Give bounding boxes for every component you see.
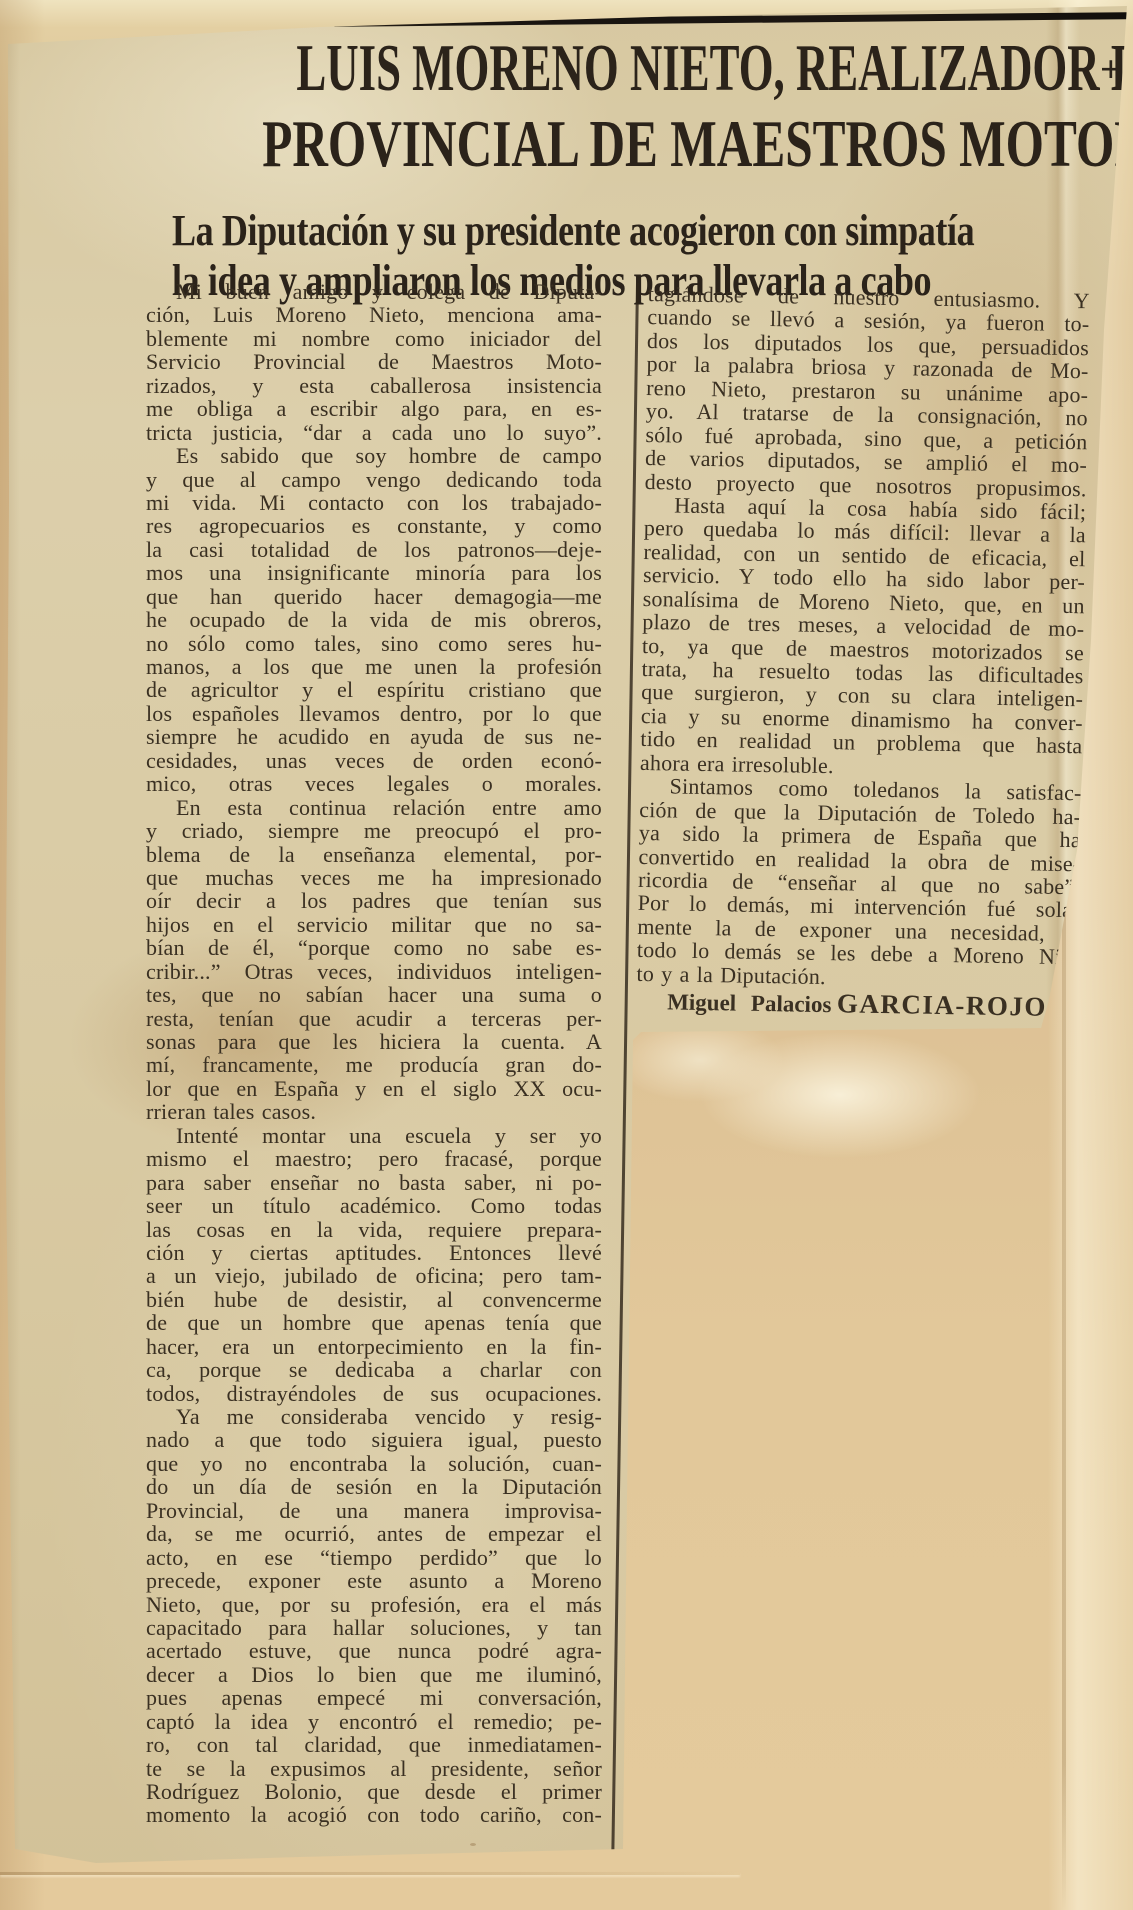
- text-line: para saber enseñar no basta saber, ni po…: [146, 1171, 602, 1194]
- text-line: me obliga a escribir algo para, en es-: [146, 397, 602, 420]
- right-column-paragraphs: tagiándose de nuestro entusiasmo. Ycuand…: [636, 282, 1090, 992]
- text-line: y criado, siempre me preocupó el pro-: [146, 819, 602, 842]
- text-line: Servicio Provincial de Maestros Moto-: [146, 350, 602, 373]
- ink-speck: [470, 1843, 476, 1846]
- text-line: Es sabido que soy hombre de campo: [146, 444, 602, 467]
- paragraph: Sintamos como toledanos la satisfac-ción…: [636, 774, 1081, 992]
- subheadline-line1: La Diputación y su presidente acogieron …: [172, 206, 974, 256]
- text-line: bían de él, “porque como no sabe es-: [146, 936, 602, 959]
- text-line: momento la acogió con todo cariño, con-: [146, 1803, 602, 1826]
- text-line: cesidades, unas veces de orden econó-: [146, 749, 602, 772]
- paragraph: Ya me consideraba vencido y resig-nado a…: [146, 1405, 602, 1827]
- text-line: te se la expusimos al presidente, señor: [146, 1757, 602, 1780]
- text-line: da, se me ocurrió, antes de empezar el: [146, 1522, 602, 1545]
- text-line: mí, francamente, me producía gran do-: [146, 1053, 602, 1076]
- text-line: que yo no encontraba la solución, cuan-: [146, 1452, 602, 1475]
- text-line: tricta justicia, “dar a cada uno lo suyo…: [146, 421, 602, 444]
- text-line: bién hube de desistir, al convencerme: [146, 1288, 602, 1311]
- text-line: mos una insignificante minoría para los: [146, 561, 602, 584]
- text-line: no sólo como tales, sino como seres hu-: [146, 632, 602, 655]
- text-line: sonas para que les hiciera la cuenta. A: [146, 1030, 602, 1053]
- text-line: que han querido hacer demagogia—me: [146, 585, 602, 608]
- paragraph: En esta continua relación entre amoy cri…: [146, 796, 602, 1124]
- text-line: Ya me consideraba vencido y resig-: [146, 1405, 602, 1428]
- paragraph: Es sabido que soy hombre de campoy que a…: [146, 444, 602, 796]
- text-line: capacitado para hallar soluciones, y tan: [146, 1616, 602, 1639]
- text-line: todos, distrayéndoles de sus ocupaciones…: [146, 1382, 602, 1405]
- text-line: blemente mi nombre como iniciador del: [146, 327, 602, 350]
- text-line: decer a Dios lo bien que me iluminó,: [146, 1663, 602, 1686]
- text-line: los españoles llevamos dentro, por lo qu…: [146, 702, 602, 725]
- right-column: tagiándose de nuestro entusiasmo. Ycuand…: [636, 282, 1090, 1021]
- paragraph: Intenté montar una escuela y ser yomismo…: [146, 1124, 602, 1405]
- text-line: do un día de sesión en la Diputación: [146, 1475, 602, 1498]
- text-line: tes, que no sabían hacer una suma o: [146, 983, 602, 1006]
- text-line: hacer, era un entorpecimiento en la fin-: [146, 1335, 602, 1358]
- text-line: mismo el maestro; pero fracasé, porque: [146, 1147, 602, 1170]
- text-line: las cosas en la vida, requiere prepara-: [146, 1218, 602, 1241]
- headline-line1: LUIS MORENO NIETO, REALIZADOR DEL SERVIC…: [296, 30, 979, 106]
- text-line: Mi buen amigo y colega de Diputa-: [146, 280, 602, 303]
- text-line: mico, otras veces legales o morales.: [146, 772, 602, 795]
- scanned-page: + LUIS MORENO NIETO, REALIZADOR DEL SERV…: [0, 0, 1133, 1910]
- text-line: ción y ciertas aptitudes. Entonces llevé: [146, 1241, 602, 1264]
- headline: LUIS MORENO NIETO, REALIZADOR DEL SERVIC…: [150, 30, 1126, 178]
- byline-surname: GARCIA-ROJO: [837, 988, 1047, 1021]
- text-line: seer un título académico. Como todas: [146, 1194, 602, 1217]
- text-line: ro, con tal claridad, que inmediatamen-: [146, 1733, 602, 1756]
- paragraph: tagiándose de nuestro entusiasmo. Ycuand…: [645, 282, 1090, 500]
- text-line: la casi totalidad de los patronos—deje-: [146, 538, 602, 561]
- text-line: rrieran tales casos.: [146, 1100, 602, 1123]
- text-line: rizados, y esta caballerosa insistencia: [146, 374, 602, 397]
- text-line: hijos en el servicio militar que no sa-: [146, 913, 602, 936]
- paragraph: Hasta aquí la cosa había sido fácil;pero…: [640, 493, 1087, 782]
- text-line: manos, a los que me unen la profesión: [146, 655, 602, 678]
- text-line: y que al campo vengo dedicando toda: [146, 468, 602, 491]
- text-line: blema de la enseñanza elemental, por-: [146, 843, 602, 866]
- text-line: siempre he acudido en ayuda de sus ne-: [146, 725, 602, 748]
- text-line: cribir...” Otras veces, individuos intel…: [146, 960, 602, 983]
- horizontal-fold-crease: [0, 1872, 740, 1875]
- text-line: Provincial, de una manera improvisa-: [146, 1499, 602, 1522]
- text-line: ción, Luis Moreno Nieto, menciona ama-: [146, 303, 602, 326]
- text-line: res agropecuarios es constante, y como: [146, 514, 602, 537]
- text-line: de que un hombre que apenas tenía que: [146, 1311, 602, 1334]
- text-line: acertado estuve, que nunca podré agra-: [146, 1639, 602, 1662]
- byline: Miguel Palacios GARCIA-ROJO: [636, 989, 1078, 1021]
- text-line: lor que en España y en el siglo XX ocu-: [146, 1077, 602, 1100]
- text-line: acto, en ese “tiempo perdido” que lo: [146, 1546, 602, 1569]
- text-line: Rodríguez Bolonio, que desde el primer: [146, 1780, 602, 1803]
- byline-author: Miguel Palacios: [667, 990, 832, 1018]
- text-line: pues apenas empecé mi conversación,: [146, 1686, 602, 1709]
- text-line: resta, tenían que acudir a terceras per-: [146, 1007, 602, 1030]
- text-line: mi vida. Mi contacto con los trabajado-: [146, 491, 602, 514]
- text-line: En esta continua relación entre amo: [146, 796, 602, 819]
- text-line: precede, exponer este asunto a Moreno: [146, 1569, 602, 1592]
- headline-line2: PROVINCIAL DE MAESTROS MOTORIZADOS: [262, 106, 1014, 182]
- text-line: que muchas veces me ha impresionado: [146, 866, 602, 889]
- text-line: he ocupado de la vida de mis obreros,: [146, 608, 602, 631]
- text-line: nado a que todo siguiera igual, puesto: [146, 1428, 602, 1451]
- text-line: Intenté montar una escuela y ser yo: [146, 1124, 602, 1147]
- text-line: de agricultor y el espíritu cristiano qu…: [146, 678, 602, 701]
- text-line: captó la idea y encontró el remedio; pe-: [146, 1710, 602, 1733]
- left-column: Mi buen amigo y colega de Diputa-ción, L…: [146, 280, 602, 1827]
- text-line: ca, porque se dedicaba a charlar con: [146, 1358, 602, 1381]
- paragraph: Mi buen amigo y colega de Diputa-ción, L…: [146, 280, 602, 444]
- text-line: Nieto, que, por su profesión, era el más: [146, 1593, 602, 1616]
- text-line: a un viejo, jubilado de oficina; pero ta…: [146, 1264, 602, 1287]
- text-line: oír decir a los padres que tenían sus: [146, 889, 602, 912]
